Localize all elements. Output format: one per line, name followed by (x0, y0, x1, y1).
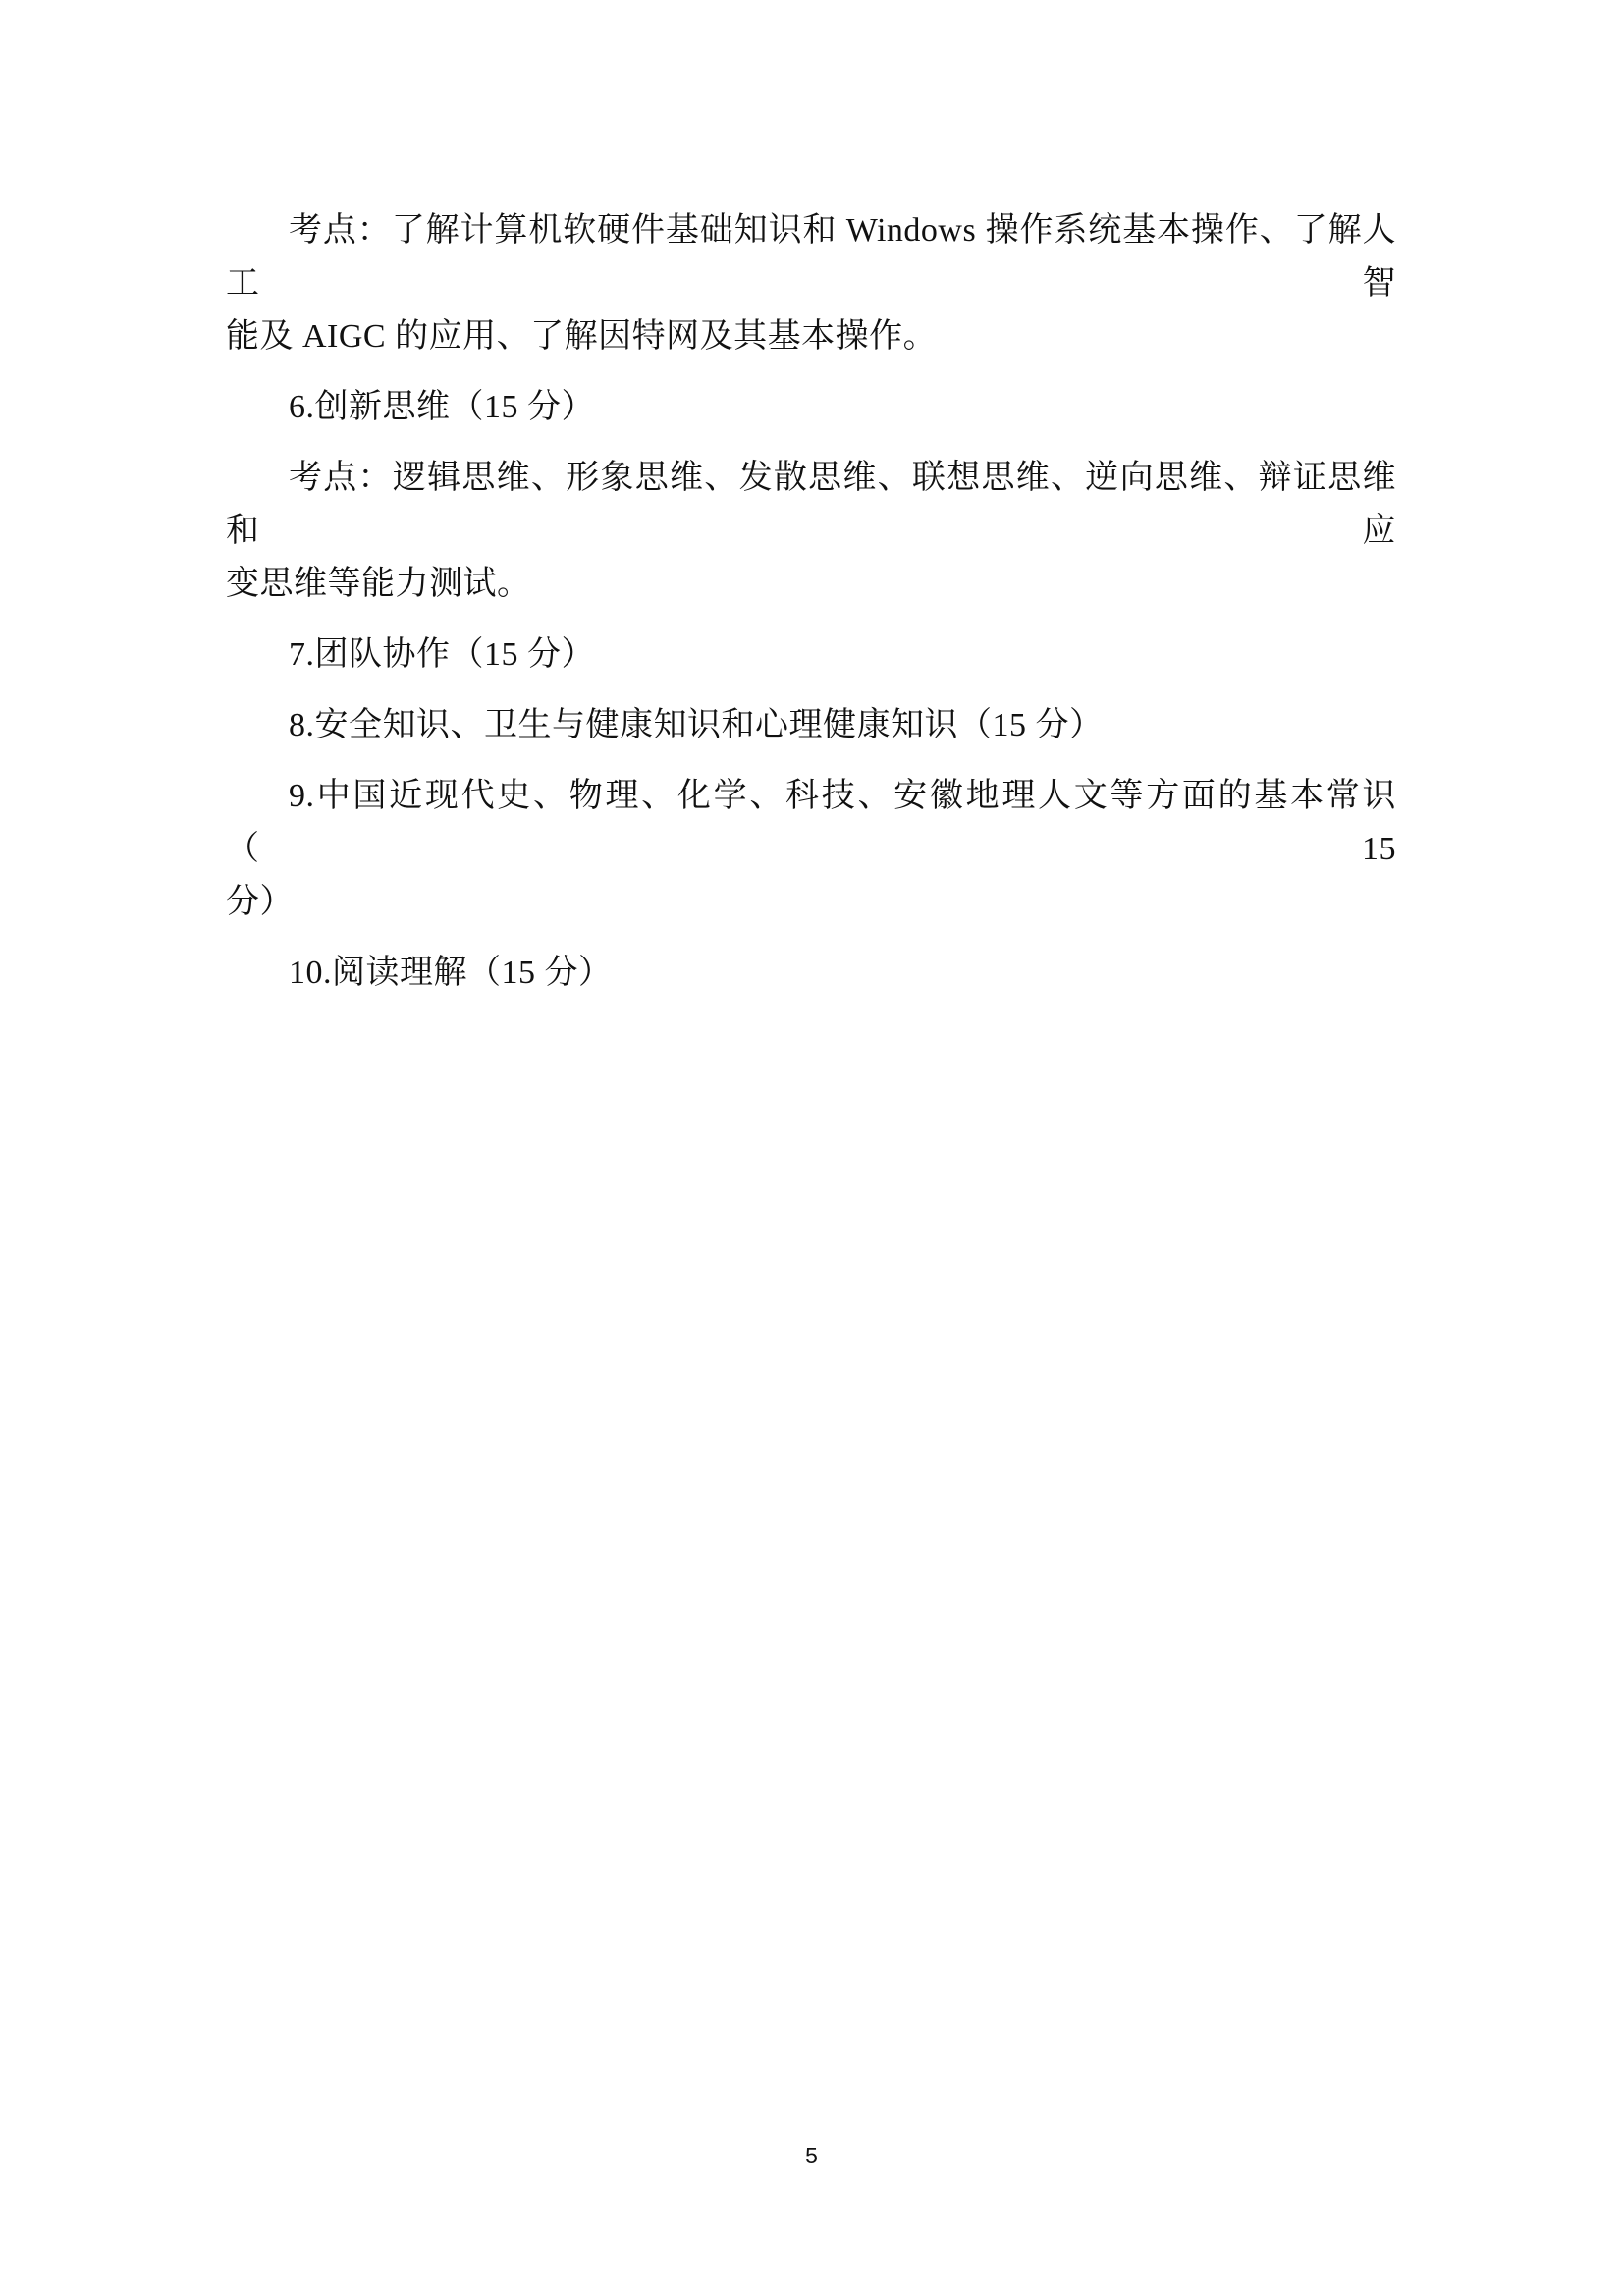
text-line: 6.创新思维（15 分） (226, 381, 1396, 434)
paragraph-exam-point-thinking: 考点：逻辑思维、形象思维、发散思维、联想思维、逆向思维、辩证思维和应 变思维等能… (226, 452, 1396, 611)
text-line: 8.安全知识、卫生与健康知识和心理健康知识（15 分） (226, 699, 1396, 752)
text-line: 7.团队协作（15 分） (226, 629, 1396, 682)
text-line: 能及 AIGC 的应用、了解因特网及其基本操作。 (226, 310, 1396, 363)
paragraph-item-7-teamwork: 7.团队协作（15 分） (226, 629, 1396, 682)
paragraph-item-8-safety-health: 8.安全知识、卫生与健康知识和心理健康知识（15 分） (226, 699, 1396, 752)
text-line: 考点：逻辑思维、形象思维、发散思维、联想思维、逆向思维、辩证思维和应 (226, 452, 1396, 558)
page-number: 5 (0, 2143, 1623, 2168)
paragraph-item-9-general-knowledge: 9.中国近现代史、物理、化学、科技、安徽地理人文等方面的基本常识（15 分） (226, 770, 1396, 929)
text-line: 变思维等能力测试。 (226, 558, 1396, 611)
text-line: 9.中国近现代史、物理、化学、科技、安徽地理人文等方面的基本常识（15 (226, 770, 1396, 876)
paragraph-exam-point-computer: 考点：了解计算机软硬件基础知识和 Windows 操作系统基本操作、了解人工智 … (226, 204, 1396, 363)
text-line: 考点：了解计算机软硬件基础知识和 Windows 操作系统基本操作、了解人工智 (226, 204, 1396, 310)
text-line: 分） (226, 876, 1396, 929)
paragraph-item-10-reading-comprehension: 10.阅读理解（15 分） (226, 947, 1396, 1000)
text-line: 10.阅读理解（15 分） (226, 947, 1396, 1000)
document-body-text: 考点：了解计算机软硬件基础知识和 Windows 操作系统基本操作、了解人工智 … (226, 204, 1396, 1000)
paragraph-item-6-innovative-thinking: 6.创新思维（15 分） (226, 381, 1396, 434)
document-page: 考点：了解计算机软硬件基础知识和 Windows 操作系统基本操作、了解人工智 … (0, 0, 1623, 2296)
